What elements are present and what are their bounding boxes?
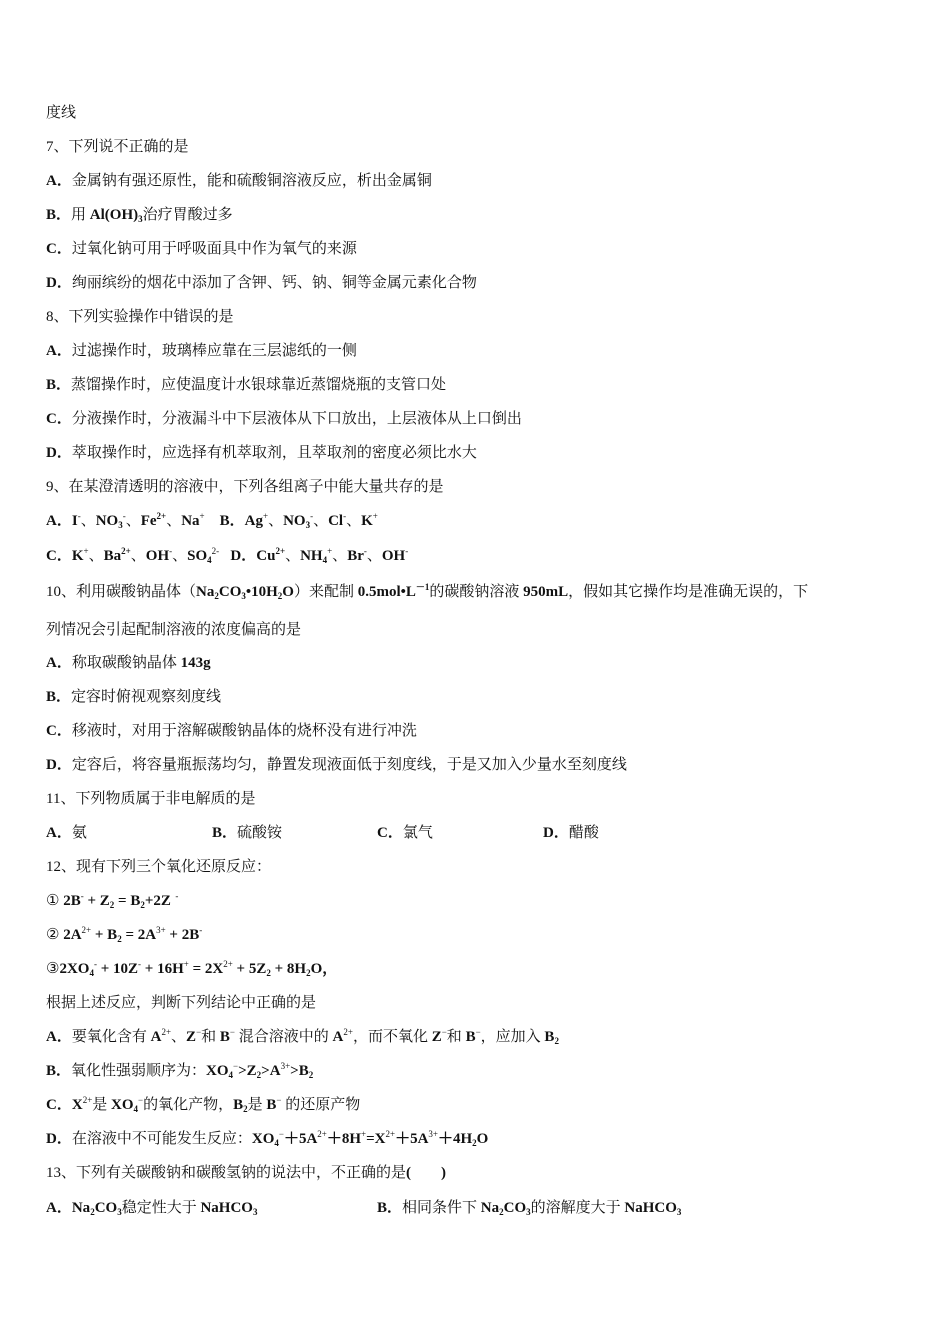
text-run: O，: [311, 961, 338, 977]
text-run: 950mL: [523, 584, 568, 600]
subscript: 2: [309, 1070, 314, 1080]
text-run: B: [233, 1097, 243, 1113]
text-run: 、: [332, 548, 347, 564]
text-run: 、: [126, 513, 141, 529]
text-run: 0.5mol•L: [358, 584, 416, 600]
text-run: A．: [46, 513, 72, 529]
text-run: 、: [172, 548, 187, 564]
text-run: X: [72, 1097, 83, 1113]
text-run: = 2X: [189, 961, 223, 977]
text-run: + 16H: [141, 961, 184, 977]
text-run: B．: [377, 1200, 402, 1216]
line-q12-r3: ③2XO4- + 10Z- + 16H+ = 2X2+ + 5Z2 + 8H2O…: [46, 959, 337, 979]
text-run: 度线: [46, 105, 76, 121]
text-run: 过氧化钠可用于呼吸面具中作为氧气的来源: [72, 241, 357, 257]
text-run: 、: [367, 548, 382, 564]
superscript: -: [405, 546, 408, 556]
subscript: 4: [274, 1138, 279, 1148]
text-run: XO: [206, 1063, 229, 1079]
text-run: A．: [46, 825, 72, 841]
text-run: ③: [46, 961, 59, 977]
text-run: C．: [377, 825, 403, 841]
subscript: 3: [253, 1207, 258, 1217]
line-q8-d: D．萃取操作时，应选择有机萃取剂，且萃取剂的密度必须比水大: [46, 443, 477, 463]
text-run: 绚丽缤纷的烟花中添加了含钾、钙、钠、铜等金属元素化合物: [72, 275, 477, 291]
superscript: 2+: [157, 511, 167, 521]
superscript: 2+: [161, 1027, 171, 1037]
text-run: NO: [96, 513, 119, 529]
text-run: 过滤操作时，玻璃棒应靠在三层滤纸的一侧: [72, 343, 357, 359]
text-run: 的还原产物: [282, 1097, 361, 1113]
line-q10-d: D．定容后，将容量瓶振荡均匀，静置发现液面低于刻度线，于是又加入少量水至刻度线: [46, 755, 627, 775]
text-run: + 2B: [166, 927, 200, 943]
text-run: CO: [95, 1200, 118, 1216]
text-run: Ba: [104, 548, 122, 564]
text-run: XO: [111, 1097, 134, 1113]
superscript: 2+: [82, 925, 92, 935]
text-run: 相同条件下: [402, 1200, 481, 1216]
text-run: =X: [366, 1131, 385, 1147]
text-run: 治疗胃酸过多: [143, 207, 233, 223]
text-run: 12、现有下列三个氧化还原反应：: [46, 859, 271, 875]
text-run: ，假如其它操作均是准确无误的，下: [568, 584, 808, 600]
text-run: 混合溶液中的: [235, 1029, 333, 1045]
text-run: 定容时俯视观察刻度线: [71, 689, 221, 705]
text-run: >A: [261, 1063, 280, 1079]
line-q13: 13、下列有关碳酸钠和碳酸氢钠的说法中，不正确的是( ): [46, 1163, 446, 1183]
text-run: ＋8H: [327, 1131, 361, 1147]
text-run: ①: [46, 893, 63, 909]
text-run: B．: [220, 513, 245, 529]
superscript: 3+: [156, 925, 166, 935]
line-q9-cd: C．K+、Ba2+、OH-、SO42- D．Cu2+、NH4+、Br-、OH-: [46, 546, 408, 566]
text-run: + 10Z: [97, 961, 138, 977]
text-run: B: [266, 1097, 276, 1113]
line-q7-b: B．用 Al(OH)3治疗胃酸过多: [46, 205, 233, 225]
text-run: NH: [300, 548, 323, 564]
option-item: D．醋酸: [543, 823, 599, 843]
text-run: C．: [46, 241, 72, 257]
line-q12: 12、现有下列三个氧化还原反应：: [46, 857, 271, 877]
option-item: B．硫酸铵: [212, 823, 282, 843]
text-run: 的氧化产物，: [143, 1097, 233, 1113]
superscript: +: [373, 511, 378, 521]
option-item: A．Na2CO3稳定性大于 NaHCO3: [46, 1198, 257, 1218]
text-run: K: [361, 513, 373, 529]
line-q8-a: A．过滤操作时，玻璃棒应靠在三层滤纸的一侧: [46, 341, 357, 361]
text-run: 2A: [63, 927, 81, 943]
text-run: 8、下列实验操作中错误的是: [46, 309, 234, 325]
text-run: NO: [283, 513, 306, 529]
text-run: Z: [186, 1029, 196, 1045]
text-run: 、: [89, 548, 104, 564]
text-run: NaHCO: [624, 1200, 677, 1216]
text-run: ＋4H: [438, 1131, 472, 1147]
text-run: ）来配制: [294, 584, 358, 600]
subscript: 2: [554, 1036, 559, 1046]
text-run: C．: [46, 1097, 72, 1113]
line-q12-d: D．在溶液中不可能发生反应：XO4−＋5A2+＋8H+=X2+＋5A3+＋4H2…: [46, 1129, 488, 1149]
line-q9: 9、在某澄清透明的溶液中，下列各组离子中能大量共存的是: [46, 477, 444, 497]
superscript: 2+: [223, 959, 233, 969]
text-run: B: [544, 1029, 554, 1045]
line-q7-d: D．绚丽缤纷的烟花中添加了含钾、钙、钠、铜等金属元素化合物: [46, 273, 477, 293]
line-q7-a: A．金属钠有强还原性，能和硫酸铜溶液反应，析出金属铜: [46, 171, 432, 191]
text-run: SO: [187, 548, 207, 564]
text-run: Fe: [141, 513, 157, 529]
text-run: O: [282, 584, 294, 600]
text-run: C．: [46, 723, 72, 739]
text-run: 根据上述反应，判断下列结论中正确的是: [46, 995, 316, 1011]
text-run: 143g: [181, 655, 211, 671]
text-run: B．: [212, 825, 237, 841]
text-run: 9、在某澄清透明的溶液中，下列各组离子中能大量共存的是: [46, 479, 444, 495]
text-run: ＋5A: [395, 1131, 428, 1147]
text-run: 13、下列有关碳酸钠和碳酸氢钠的说法中，不正确的是: [46, 1165, 406, 1181]
text-run: OH: [382, 548, 405, 564]
text-run: >B: [290, 1063, 309, 1079]
line-q11: 11、下列物质属于非电解质的是: [46, 789, 255, 809]
line-q10-cont: 列情况会引起配制溶液的浓度偏高的是: [46, 620, 301, 640]
text-run: ，而不氧化: [353, 1029, 432, 1045]
text-run: 硫酸铵: [237, 825, 282, 841]
text-run: D．: [46, 1131, 72, 1147]
superscript: 2+: [343, 1027, 353, 1037]
text-run: 是: [248, 1097, 267, 1113]
text-run: 10、利用碳酸钠晶体（: [46, 584, 196, 600]
text-run: ，应加入: [481, 1029, 545, 1045]
text-run: 11、下列物质属于非电解质的是: [46, 791, 255, 807]
text-run: Z: [432, 1029, 442, 1045]
line-q12-b: B．氧化性强弱顺序为：XO4−>Z2>A3+>B2: [46, 1061, 313, 1081]
text-run: B．: [46, 1063, 71, 1079]
text-run: 、: [131, 548, 146, 564]
text-run: ( ): [406, 1165, 446, 1181]
text-run: 蒸馏操作时，应使温度计水银球靠近蒸馏烧瓶的支管口处: [71, 377, 446, 393]
text-run: + 8H: [271, 961, 306, 977]
text-run: 的碳酸钠溶液: [429, 584, 523, 600]
text-run: 移液时，对用于溶解碳酸钠晶体的烧杯没有进行冲洗: [72, 723, 417, 739]
text-run: C．: [46, 548, 72, 564]
line-q12-stem: 根据上述反应，判断下列结论中正确的是: [46, 993, 316, 1013]
text-run: CO: [219, 584, 242, 600]
text-run: B: [220, 1029, 230, 1045]
subscript: 3: [677, 1207, 682, 1217]
option-item: A．氨: [46, 823, 87, 843]
subscript: 4: [229, 1070, 234, 1080]
text-run: + Z: [84, 893, 110, 909]
text-run: D．: [46, 445, 72, 461]
text-run: + 5Z: [233, 961, 267, 977]
text-run: 称取碳酸钠晶体: [72, 655, 181, 671]
text-run: B．: [46, 207, 71, 223]
text-run: 2B: [63, 893, 81, 909]
text-run: Na: [481, 1200, 499, 1216]
text-run: 在溶液中不可能发生反应：: [72, 1131, 252, 1147]
superscript: -: [199, 925, 202, 935]
text-run: Cu: [256, 548, 275, 564]
text-run: 氧化性强弱顺序为：: [71, 1063, 206, 1079]
text-run: A: [151, 1029, 162, 1045]
superscript: 3+: [281, 1061, 291, 1071]
line-q7: 7、下列说不正确的是: [46, 137, 189, 157]
text-run: 的溶解度大于: [531, 1200, 625, 1216]
text-run: 要氧化含有: [72, 1029, 151, 1045]
superscript: 2+: [275, 546, 285, 556]
text-run: D．: [46, 757, 72, 773]
superscript: 2+: [386, 1129, 396, 1139]
text-run: 和: [447, 1029, 466, 1045]
text-run: 列情况会引起配制溶液的浓度偏高的是: [46, 622, 301, 638]
text-run: O: [477, 1131, 489, 1147]
line-q12-c: C．X2+是 XO4−的氧化产物，B2是 B− 的还原产物: [46, 1095, 360, 1115]
text-run: 萃取操作时，应选择有机萃取剂，且萃取剂的密度必须比水大: [72, 445, 477, 461]
exam-page: 度线7、下列说不正确的是A．金属钠有强还原性，能和硫酸铜溶液反应，析出金属铜B．…: [0, 0, 950, 1344]
text-run: 氨: [72, 825, 87, 841]
text-run: 和: [201, 1029, 220, 1045]
text-run: 、: [285, 548, 300, 564]
text-run: Al(OH): [90, 207, 138, 223]
line-q8-c: C．分液操作时，分液漏斗中下层液体从下口放出，上层液体从上口倒出: [46, 409, 522, 429]
subscript: 4: [89, 968, 94, 978]
text-run: CO: [504, 1200, 527, 1216]
subscript: 3: [306, 520, 311, 530]
text-run: Na: [181, 513, 199, 529]
subscript: 3: [118, 520, 123, 530]
text-run: A．: [46, 343, 72, 359]
superscript: －1: [416, 582, 430, 592]
line-q10-c: C．移液时，对用于溶解碳酸钠晶体的烧杯没有进行冲洗: [46, 721, 417, 741]
text-run: ②: [46, 927, 63, 943]
text-run: 氯气: [403, 825, 433, 841]
text-run: 是: [92, 1097, 111, 1113]
text-run: 、: [346, 513, 361, 529]
text-run: B．: [46, 377, 71, 393]
text-run: •10H: [246, 584, 278, 600]
text-run: 用: [71, 207, 90, 223]
text-run: A: [333, 1029, 344, 1045]
text-run: NaHCO: [200, 1200, 253, 1216]
q13-options: A．Na2CO3稳定性大于 NaHCO3B．相同条件下 Na2CO3的溶解度大于…: [46, 1198, 926, 1218]
text-run: = B: [114, 893, 140, 909]
option-item: C．氯气: [377, 823, 433, 843]
line-q12-r2: ② 2A2+ + B2 = 2A3+ + 2B-: [46, 925, 202, 945]
text-run: A．: [46, 655, 72, 671]
text-run: 、: [313, 513, 328, 529]
text-run: Na: [196, 584, 214, 600]
superscript: 2+: [121, 546, 131, 556]
subscript: 4: [134, 1104, 139, 1114]
text-run: 、: [268, 513, 283, 529]
text-run: Na: [72, 1200, 90, 1216]
text-run: K: [72, 548, 84, 564]
line-q12-r1: ① 2B- + Z2 = B2+2Z -: [46, 891, 178, 911]
q11-options: A．氨B．硫酸铵C．氯气D．醋酸: [46, 823, 926, 843]
text-run: >Z: [238, 1063, 257, 1079]
line-q10-a: A．称取碳酸钠晶体 143g: [46, 653, 211, 673]
text-run: 定容后，将容量瓶振荡均匀，静置发现液面低于刻度线，于是又加入少量水至刻度线: [72, 757, 627, 773]
line-q8-b: B．蒸馏操作时，应使温度计水银球靠近蒸馏烧瓶的支管口处: [46, 375, 446, 395]
text-run: +2Z: [145, 893, 171, 909]
superscript: 2+: [83, 1095, 93, 1105]
text-run: 金属钠有强还原性，能和硫酸铜溶液反应，析出金属铜: [72, 173, 432, 189]
line-cont-6: 度线: [46, 103, 76, 123]
text-run: Br: [347, 548, 364, 564]
text-run: B．: [46, 689, 71, 705]
line-q12-a: A．要氧化含有 A2+、Z−和 B− 混合溶液中的 A2+，而不氧化 Z−和 B…: [46, 1027, 559, 1047]
text-run: 2XO: [59, 961, 89, 977]
text-run: A．: [46, 1200, 72, 1216]
text-run: A．: [46, 173, 72, 189]
text-run: XO: [252, 1131, 275, 1147]
text-run: [219, 548, 230, 564]
subscript: 4: [207, 555, 212, 565]
text-run: = 2A: [122, 927, 156, 943]
superscript: 2+: [317, 1129, 327, 1139]
text-run: 7、下列说不正确的是: [46, 139, 189, 155]
text-run: + B: [91, 927, 117, 943]
text-run: 分液操作时，分液漏斗中下层液体从下口放出，上层液体从上口倒出: [72, 411, 522, 427]
text-run: C．: [46, 411, 72, 427]
text-run: 醋酸: [569, 825, 599, 841]
text-run: D．: [543, 825, 569, 841]
line-q10-b: B．定容时俯视观察刻度线: [46, 687, 221, 707]
text-run: Ag: [245, 513, 263, 529]
line-q8: 8、下列实验操作中错误的是: [46, 307, 234, 327]
subscript: 4: [323, 555, 328, 565]
text-run: Cl: [328, 513, 343, 529]
text-run: 、: [171, 1029, 186, 1045]
line-q9-ab: A．I-、NO3-、Fe2+、Na+ B．Ag+、NO3-、Cl-、K+: [46, 511, 378, 531]
text-run: ＋5A: [284, 1131, 317, 1147]
text-run: D．: [46, 275, 72, 291]
text-run: A．: [46, 1029, 72, 1045]
superscript: -: [171, 891, 179, 901]
option-item: B．相同条件下 Na2CO3的溶解度大于 NaHCO3: [377, 1198, 681, 1218]
text-run: D．: [230, 548, 256, 564]
text-run: [205, 513, 220, 529]
line-q10: 10、利用碳酸钠晶体（Na2CO3•10H2O）来配制 0.5mol•L－1的碳…: [46, 582, 808, 602]
superscript: 3+: [428, 1129, 438, 1139]
line-q7-c: C．过氧化钠可用于呼吸面具中作为氧气的来源: [46, 239, 357, 259]
text-run: 、: [166, 513, 181, 529]
text-run: 稳定性大于: [122, 1200, 201, 1216]
text-run: OH: [146, 548, 169, 564]
text-run: 、: [81, 513, 96, 529]
text-run: B: [466, 1029, 476, 1045]
